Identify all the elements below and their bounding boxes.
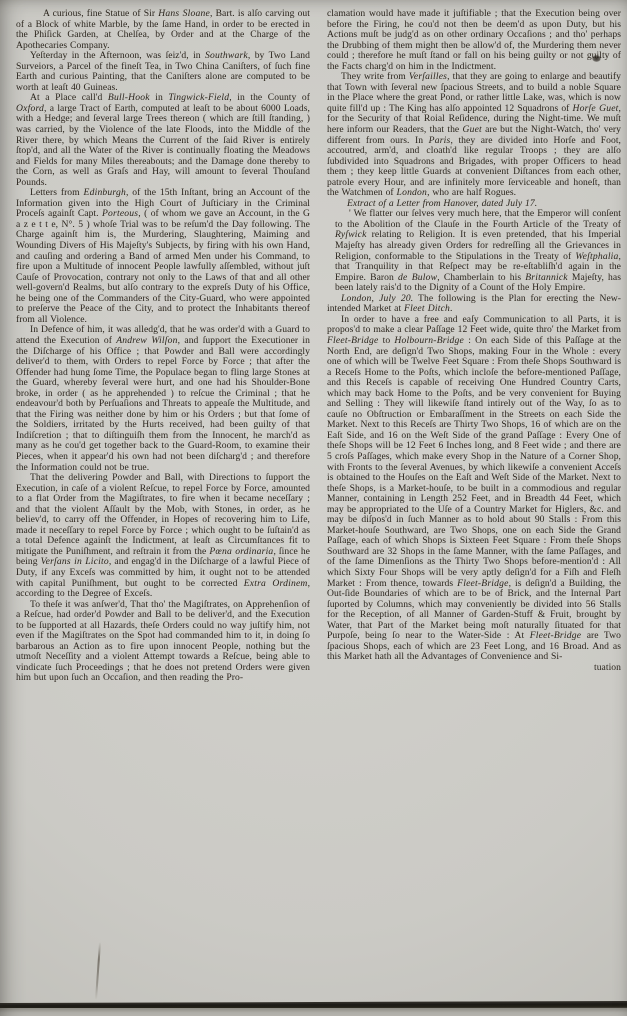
left-column: A curious, fine Statue of Sir Hans Sloan… bbox=[16, 9, 310, 684]
right-column: clamation would have made it juſtifiable… bbox=[327, 9, 621, 673]
paragraph: clamation would have made it juſtifiable… bbox=[327, 9, 621, 72]
paragraph: In Defence of him, it was alledg'd, that… bbox=[16, 325, 310, 473]
paragraph: At a Place call'd Bull-Hook in Tingwick-… bbox=[16, 93, 310, 188]
paragraph: That the delivering Powder and Ball, wit… bbox=[16, 473, 310, 600]
paragraph: Yeſterday in the Afternoon, was ſeiz'd, … bbox=[16, 51, 310, 93]
paragraph: Letters from Edinburgh, of the 15th Inſt… bbox=[16, 188, 310, 325]
paragraph: ' We flatter our ſelves very much here, … bbox=[327, 209, 621, 293]
scan-artifact-line bbox=[95, 942, 101, 1000]
scan-background-strip bbox=[0, 1008, 627, 1016]
catchword: tuation bbox=[327, 663, 621, 674]
paragraph: A curious, fine Statue of Sir Hans Sloan… bbox=[16, 9, 310, 51]
paragraph: London, July 20. The following is the Pl… bbox=[327, 294, 621, 315]
paragraph: To theſe it was anſwer'd, That tho' the … bbox=[16, 600, 310, 684]
newspaper-page: A curious, fine Statue of Sir Hans Sloan… bbox=[0, 0, 627, 1016]
paragraph: They write from Verſailles, that they ar… bbox=[327, 72, 621, 199]
ink-blot bbox=[592, 55, 601, 62]
paragraph: In order to have a free and eaſy Communi… bbox=[327, 315, 621, 663]
